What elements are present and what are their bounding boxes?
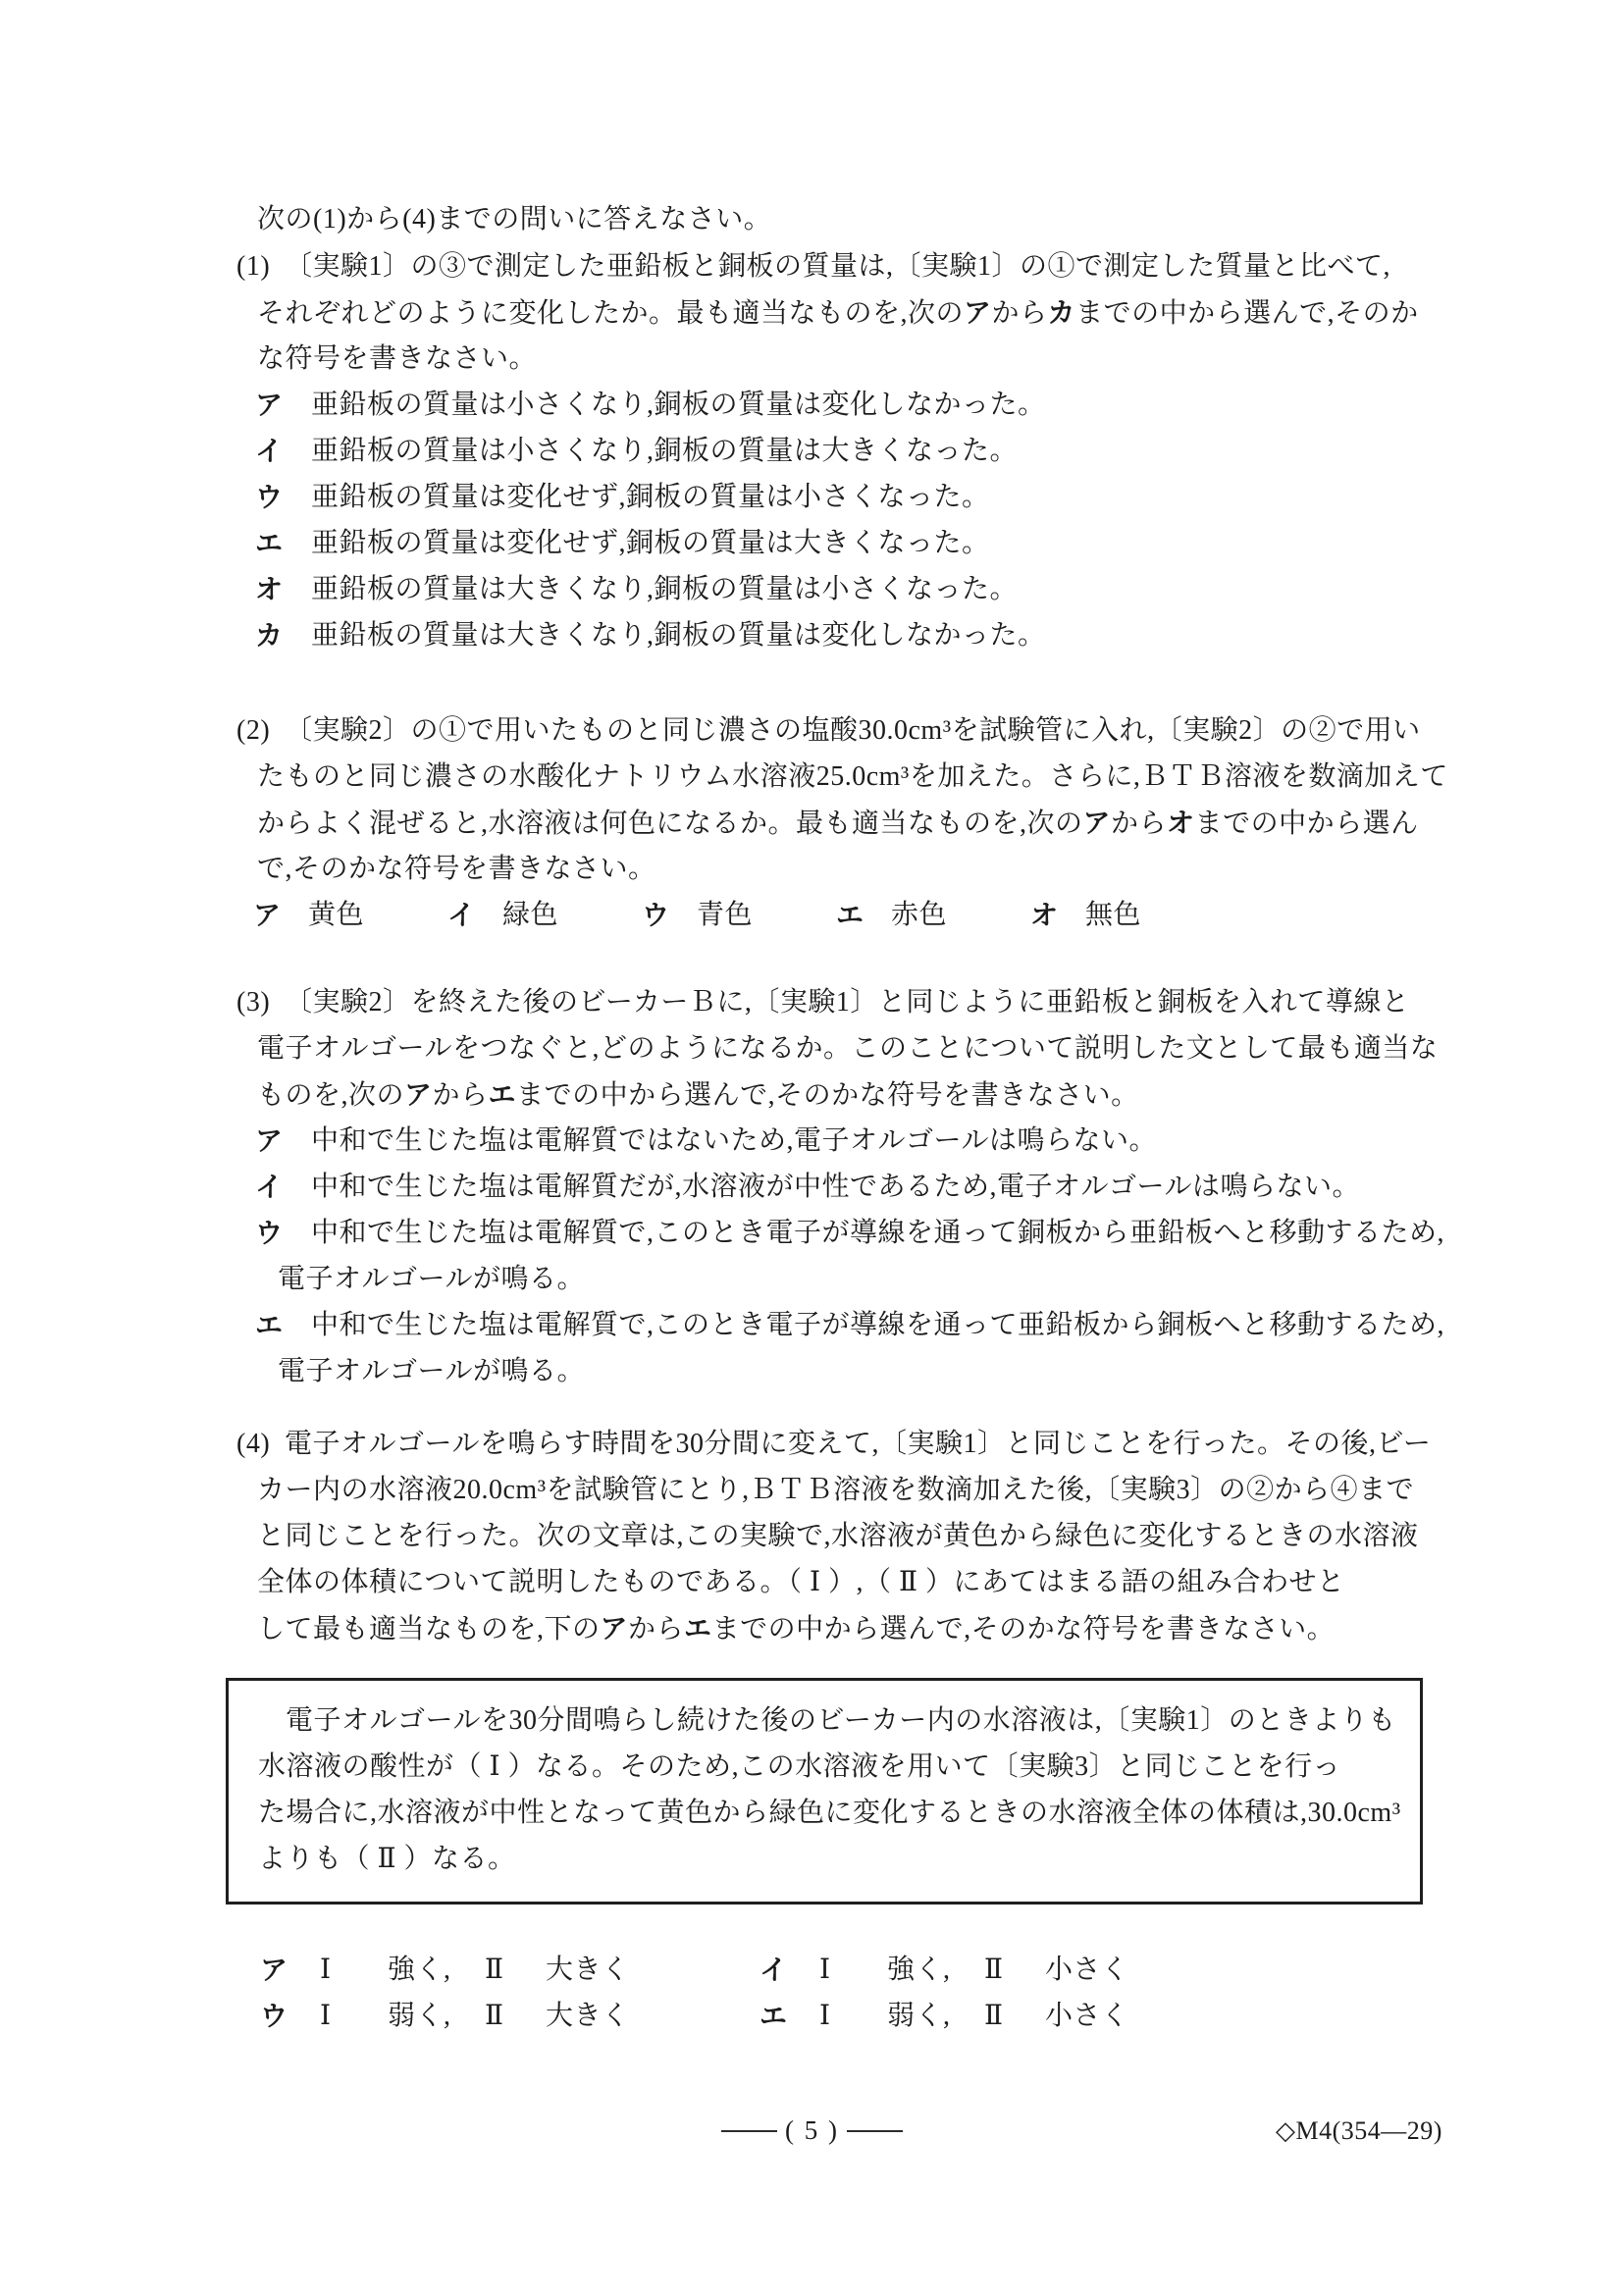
q1-option-u-key: ウ: [233, 474, 311, 520]
q1-option-a: ア 亜鉛板の質量は小さくなり,銅板の質量は変化しなかった。: [233, 382, 1498, 428]
question-3: (3) 〔実験2〕を終えた後のビーカーＢに,〔実験1〕と同じように亜鉛板と銅板を…: [233, 979, 1498, 1394]
q3-line-1-text: 〔実験2〕を終えた後のビーカーＢに,〔実験1〕と同じように亜鉛板と銅板を入れて導…: [285, 979, 1409, 1025]
question-2: (2) 〔実験2〕の①で用いたものと同じ濃さの塩酸30.0cm³を試験管に入れ,…: [233, 707, 1498, 938]
q4-options: ア Ⅰ 強く, Ⅱ 大きく イ Ⅰ 強く, Ⅱ 小さく ウ Ⅰ: [233, 1947, 1498, 2039]
q3-line-3-pre: ものを,次の: [257, 1080, 404, 1111]
q3-option-a-text: 中和で生じた塩は電解質ではないため,電子オルゴールは鳴らない。: [311, 1118, 1157, 1164]
q3-line-3-post: までの中から選んで,そのかな符号を書きなさい。: [516, 1080, 1139, 1111]
q1-option-ka-text: 亜鉛板の質量は大きくなり,銅板の質量は変化しなかった。: [311, 612, 1046, 658]
q2-option-a: ア 黄色: [253, 892, 447, 938]
q1-option-e: エ 亜鉛板の質量は変化せず,銅板の質量は大きくなった。: [233, 520, 1498, 566]
q2-ref-a: ア: [1083, 808, 1112, 838]
q1-option-a-key: ア: [233, 382, 311, 428]
page-footer: ( 5 ) ◇M4(354—29): [0, 2108, 1624, 2154]
q2-line-3: からよく混ぜると,水溶液は何色になるか。最も適当なものを,次のアからオまでの中か…: [233, 800, 1498, 846]
q3-option-e-text: 中和で生じた塩は電解質で,このとき電子が導線を通って亜鉛板から銅板へと移動するた…: [311, 1302, 1444, 1348]
q2-option-a-label: 黄色: [308, 892, 364, 938]
q3-option-a-key: ア: [233, 1118, 311, 1164]
q4-option-e-roman-1: Ⅰ: [819, 1993, 887, 2039]
q4-option-u-value-2: 大きく: [546, 1993, 630, 2039]
q1-option-ka-key: カ: [233, 612, 311, 658]
q4-option-a-value-1: 強く,: [388, 1947, 485, 1993]
q3-option-i-text: 中和で生じた塩は電解質だが,水溶液が中性であるため,電子オルゴールは鳴らない。: [311, 1164, 1360, 1210]
q3-option-u: ウ 中和で生じた塩は電解質で,このとき電子が導線を通って銅板から亜鉛板へと移動す…: [233, 1210, 1498, 1256]
q2-option-e-key: エ: [836, 892, 891, 938]
q4-box-line-3: た場合に,水溶液が中性となって黄色から緑色に変化するときの水溶液全体の体積は,3…: [258, 1790, 1388, 1836]
q2-option-i: イ 緑色: [447, 892, 642, 938]
q4-options-row-2: ウ Ⅰ 弱く, Ⅱ 大きく エ Ⅰ 弱く, Ⅱ 小さく: [260, 1993, 1498, 2039]
q3-option-e: エ 中和で生じた塩は電解質で,このとき電子が導線を通って亜鉛板から銅板へと移動す…: [233, 1302, 1498, 1348]
q4-option-a-roman-1: Ⅰ: [320, 1947, 388, 1993]
q2-line-2: たものと同じ濃さの水酸化ナトリウム水溶液25.0cm³を加えた。さらに,ＢＴＢ溶…: [233, 754, 1498, 800]
q2-ref-o: オ: [1167, 808, 1195, 838]
q2-option-u-key: ウ: [642, 892, 697, 938]
q3-option-i-key: イ: [233, 1164, 311, 1210]
q1-option-o-key: オ: [233, 566, 311, 612]
q4-option-e: エ Ⅰ 弱く, Ⅱ 小さく: [760, 1993, 1259, 2039]
q3-option-e-text-2: 電子オルゴールが鳴る。: [233, 1348, 1498, 1394]
q4-line-5: して最も適当なものを,下のアからエまでの中から選んで,そのかな符号を書きなさい。: [233, 1605, 1498, 1651]
q4-option-a-roman-2: Ⅱ: [485, 1947, 546, 1993]
q4-option-i-roman-2: Ⅱ: [984, 1947, 1045, 1993]
q4-option-u: ウ Ⅰ 弱く, Ⅱ 大きく: [260, 1993, 760, 2039]
q4-line-4: 全体の体積について説明したものである。（ Ⅰ ）,（ Ⅱ ）にあてはまる語の組み…: [233, 1559, 1498, 1605]
q4-option-i-value-1: 強く,: [887, 1947, 984, 1993]
q2-option-i-key: イ: [447, 892, 502, 938]
q2-line-4: で,そのかな符号を書きなさい。: [233, 846, 1498, 892]
q2-option-u-label: 青色: [697, 892, 753, 938]
q4-line-5-mid: から: [628, 1614, 684, 1644]
q1-line-1-text: 〔実験1〕の③で測定した亜鉛板と銅板の質量は,〔実験1〕の①で測定した質量と比べ…: [285, 243, 1390, 289]
q2-option-o-key: オ: [1030, 892, 1085, 938]
exam-page: 次の(1)から(4)までの問いに答えなさい。 (1) 〔実験1〕の③で測定した亜…: [0, 0, 1624, 2296]
q2-line-3-pre: からよく混ぜると,水溶液は何色になるか。最も適当なものを,次の: [257, 809, 1083, 839]
q4-option-a: ア Ⅰ 強く, Ⅱ 大きく: [260, 1947, 760, 1993]
q3-line-2: 電子オルゴールをつなぐと,どのようになるか。このことについて説明した文として最も…: [233, 1025, 1498, 1071]
q2-line-3-mid: から: [1111, 809, 1167, 839]
intro-section: 次の(1)から(4)までの問いに答えなさい。: [233, 196, 1498, 242]
q3-option-a: ア 中和で生じた塩は電解質ではないため,電子オルゴールは鳴らない。: [233, 1118, 1498, 1164]
q3-option-e-key: エ: [233, 1302, 311, 1348]
q4-option-a-value-2: 大きく: [546, 1947, 630, 1993]
page-number-dash-right: [847, 2130, 903, 2132]
page-number-text: ( 5 ): [785, 2115, 839, 2146]
intro-text: 次の(1)から(4)までの問いに答えなさい。: [233, 196, 1498, 242]
q4-number: (4): [233, 1421, 285, 1467]
q4-box-line-1: 電子オルゴールを30分間鳴らし続けた後のビーカー内の水溶液は,〔実験1〕のときよ…: [258, 1697, 1388, 1744]
q4-box-line-2: 水溶液の酸性が（ Ⅰ ）なる。そのため,この水溶液を用いて〔実験3〕と同じことを…: [258, 1744, 1388, 1790]
q2-option-e-label: 赤色: [891, 892, 947, 938]
q2-option-i-label: 緑色: [502, 892, 558, 938]
q4-option-i: イ Ⅰ 強く, Ⅱ 小さく: [760, 1947, 1259, 1993]
q4-option-e-roman-2: Ⅱ: [984, 1993, 1045, 2039]
q4-option-e-value-2: 小さく: [1045, 1993, 1129, 2039]
q1-option-e-key: エ: [233, 520, 311, 566]
q4-line-5-post: までの中から選んで,そのかな符号を書きなさい。: [712, 1614, 1336, 1644]
q1-option-a-text: 亜鉛板の質量は小さくなり,銅板の質量は変化しなかった。: [311, 382, 1046, 428]
q2-option-a-key: ア: [253, 892, 308, 938]
q1-number: (1): [233, 243, 285, 289]
q4-line-5-pre: して最も適当なものを,下の: [257, 1614, 601, 1644]
q4-line-1: (4) 電子オルゴールを鳴らす時間を30分間に変えて,〔実験1〕と同じことを行っ…: [233, 1421, 1498, 1467]
q2-line-3-post: までの中から選ん: [1195, 809, 1419, 839]
q2-option-o-label: 無色: [1085, 892, 1141, 938]
q3-line-3: ものを,次のアからエまでの中から選んで,そのかな符号を書きなさい。: [233, 1071, 1498, 1118]
q4-option-e-value-1: 弱く,: [887, 1993, 984, 2039]
q3-number: (3): [233, 979, 285, 1025]
question-1: (1) 〔実験1〕の③で測定した亜鉛板と銅板の質量は,〔実験1〕の①で測定した質…: [233, 243, 1498, 658]
q1-line-2: それぞれどのように変化したか。最も適当なものを,次のアからカまでの中から選んで,…: [233, 289, 1498, 336]
q2-line-1-text: 〔実験2〕の①で用いたものと同じ濃さの塩酸30.0cm³を試験管に入れ,〔実験2…: [285, 707, 1421, 754]
q2-option-o: オ 無色: [1030, 892, 1225, 938]
q3-option-u-text: 中和で生じた塩は電解質で,このとき電子が導線を通って銅板から亜鉛板へと移動するた…: [311, 1210, 1444, 1256]
q1-option-o: オ 亜鉛板の質量は大きくなり,銅板の質量は小さくなった。: [233, 566, 1498, 612]
q4-option-i-key: イ: [760, 1947, 819, 1993]
q4-box-line-4: よりも（ Ⅱ ）なる。: [258, 1836, 1388, 1882]
q1-option-i-text: 亜鉛板の質量は小さくなり,銅板の質量は大きくなった。: [311, 428, 1018, 474]
q3-line-1: (3) 〔実験2〕を終えた後のビーカーＢに,〔実験1〕と同じように亜鉛板と銅板を…: [233, 979, 1498, 1025]
q3-ref-a: ア: [404, 1079, 433, 1110]
q2-number: (2): [233, 707, 285, 754]
q3-ref-e: エ: [489, 1079, 517, 1110]
q1-line-2-post: までの中から選んで,そのか: [1075, 298, 1419, 329]
q4-ref-e: エ: [684, 1613, 712, 1644]
q1-option-e-text: 亜鉛板の質量は変化せず,銅板の質量は大きくなった。: [311, 520, 990, 566]
q4-options-row-1: ア Ⅰ 強く, Ⅱ 大きく イ Ⅰ 強く, Ⅱ 小さく: [260, 1947, 1498, 1993]
q4-option-u-roman-2: Ⅱ: [485, 1993, 546, 2039]
q4-option-e-key: エ: [760, 1993, 819, 2039]
q3-option-u-key: ウ: [233, 1210, 311, 1256]
q4-line-1-text: 電子オルゴールを鳴らす時間を30分間に変えて,〔実験1〕と同じことを行った。その…: [285, 1421, 1431, 1467]
q1-line-2-mid: から: [992, 298, 1048, 329]
q3-line-3-mid: から: [433, 1080, 489, 1111]
q1-ref-ka: カ: [1048, 297, 1076, 328]
q1-line-3: な符号を書きなさい。: [233, 336, 1498, 382]
q1-option-u: ウ 亜鉛板の質量は変化せず,銅板の質量は小さくなった。: [233, 474, 1498, 520]
q1-option-i-key: イ: [233, 428, 311, 474]
q4-option-u-value-1: 弱く,: [388, 1993, 485, 2039]
q4-option-a-key: ア: [260, 1947, 320, 1993]
q4-option-u-key: ウ: [260, 1993, 320, 2039]
q4-line-3: と同じことを行った。次の文章は,この実験で,水溶液が黄色から緑色に変化するときの…: [233, 1513, 1498, 1559]
document-code: ◇M4(354—29): [1276, 2108, 1442, 2154]
q3-option-u-text-2: 電子オルゴールが鳴る。: [233, 1256, 1498, 1302]
q4-line-2: カー内の水溶液20.0cm³を試験管にとり,ＢＴＢ溶液を数滴加えた後,〔実験3〕…: [233, 1467, 1498, 1513]
q2-option-u: ウ 青色: [642, 892, 836, 938]
q1-option-ka: カ 亜鉛板の質量は大きくなり,銅板の質量は変化しなかった。: [233, 612, 1498, 658]
q1-line-1: (1) 〔実験1〕の③で測定した亜鉛板と銅板の質量は,〔実験1〕の①で測定した質…: [233, 243, 1498, 289]
q4-statement-box: 電子オルゴールを30分間鳴らし続けた後のビーカー内の水溶液は,〔実験1〕のときよ…: [226, 1678, 1423, 1905]
q1-option-i: イ 亜鉛板の質量は小さくなり,銅板の質量は大きくなった。: [233, 428, 1498, 474]
q2-line-1: (2) 〔実験2〕の①で用いたものと同じ濃さの塩酸30.0cm³を試験管に入れ,…: [233, 707, 1498, 754]
q2-options: ア 黄色 イ 緑色 ウ 青色 エ 赤色 オ 無色: [233, 892, 1498, 938]
q1-ref-a: ア: [964, 297, 992, 328]
q3-option-i: イ 中和で生じた塩は電解質だが,水溶液が中性であるため,電子オルゴールは鳴らない…: [233, 1164, 1498, 1210]
q4-ref-a: ア: [601, 1613, 629, 1644]
q1-option-o-text: 亜鉛板の質量は大きくなり,銅板の質量は小さくなった。: [311, 566, 1018, 612]
question-4: (4) 電子オルゴールを鳴らす時間を30分間に変えて,〔実験1〕と同じことを行っ…: [233, 1421, 1498, 2039]
q4-option-u-roman-1: Ⅰ: [320, 1993, 388, 2039]
q1-line-2-pre: それぞれどのように変化したか。最も適当なものを,次の: [257, 298, 964, 329]
page-number-dash-left: [721, 2130, 777, 2132]
q4-option-i-value-2: 小さく: [1045, 1947, 1129, 1993]
q2-option-e: エ 赤色: [836, 892, 1030, 938]
q1-option-u-text: 亜鉛板の質量は変化せず,銅板の質量は小さくなった。: [311, 474, 990, 520]
q4-option-i-roman-1: Ⅰ: [819, 1947, 887, 1993]
